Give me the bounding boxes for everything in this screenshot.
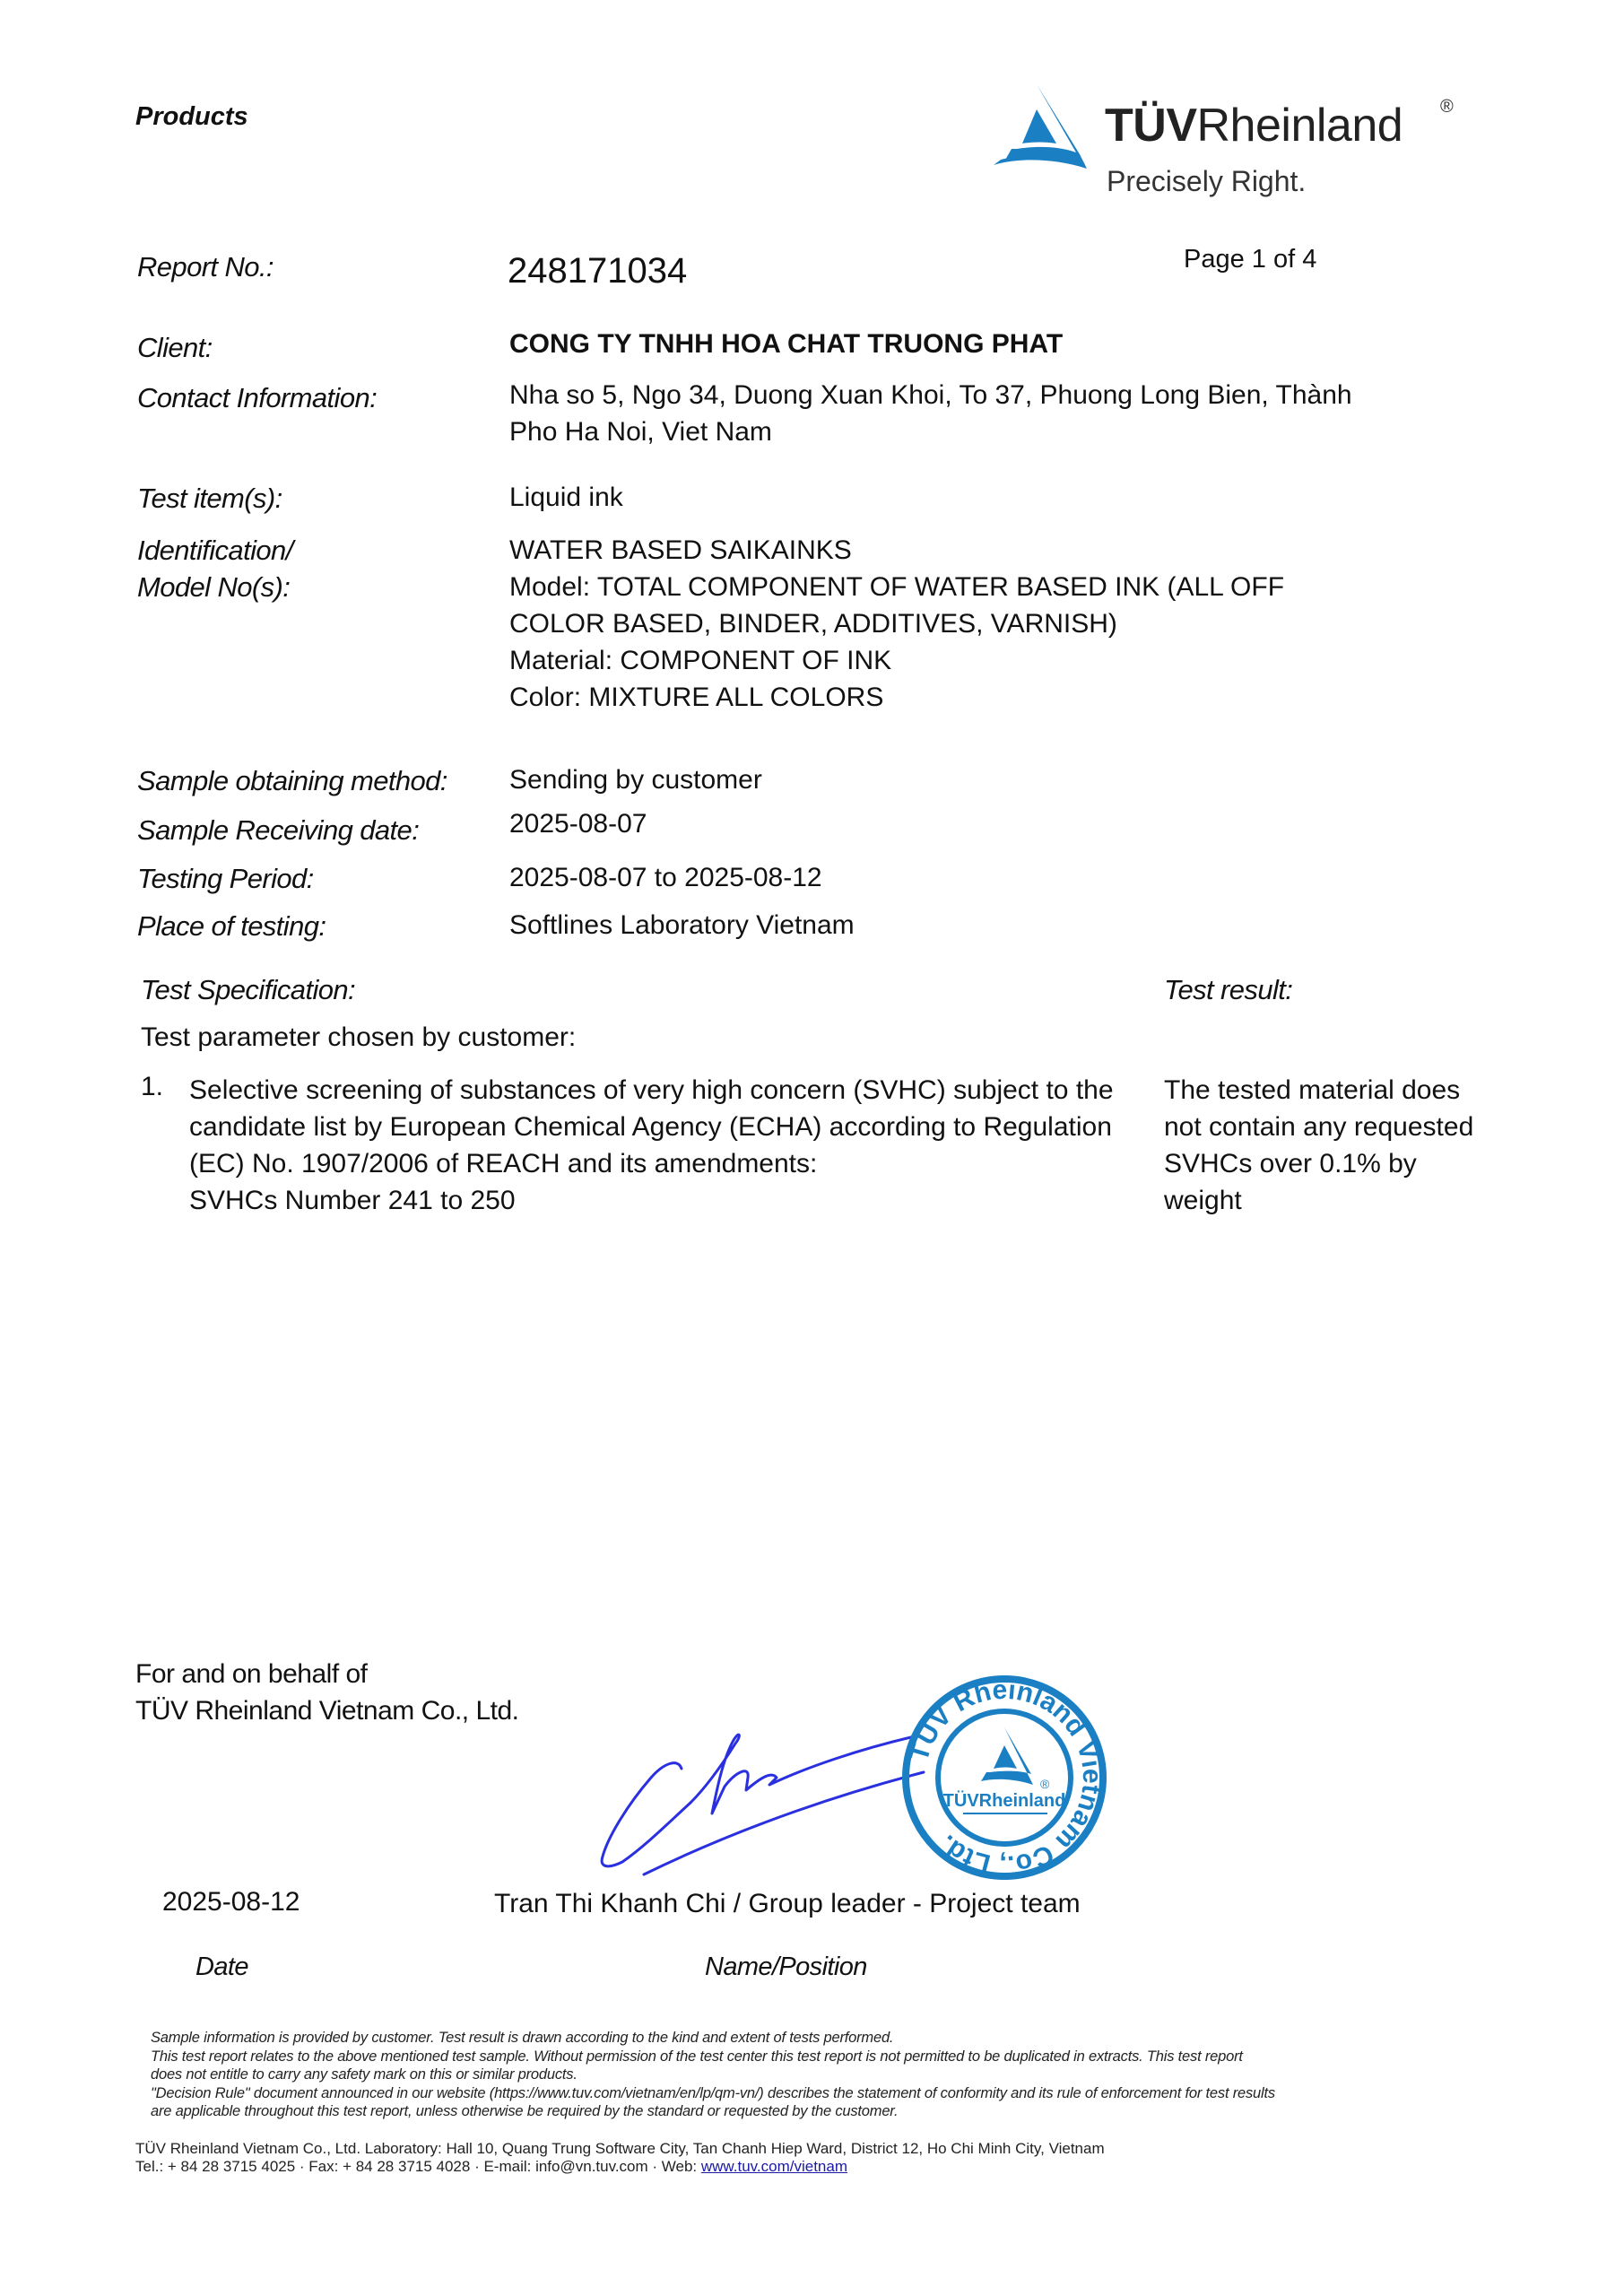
website-link[interactable]: www.tuv.com/vietnam	[701, 2158, 847, 2175]
place-value: Softlines Laboratory Vietnam	[509, 910, 855, 941]
test-result-label: Test result:	[1164, 974, 1292, 1006]
signer-name-position: Tran Thi Khanh Chi / Group leader - Proj…	[494, 1889, 1081, 1919]
contact-label: Contact Information:	[137, 382, 377, 414]
section-title: Products	[135, 102, 248, 132]
logo-wordmark: TÜVRheinland	[1105, 99, 1403, 152]
test-item-number: 1.	[141, 1072, 163, 1102]
svg-text:TÜVRheinland: TÜVRheinland	[943, 1790, 1066, 1811]
testing-period-label: Testing Period:	[137, 863, 314, 895]
test-item-result: The tested material does not contain any…	[1164, 1072, 1473, 1219]
signature-image	[592, 1731, 933, 1906]
identification-values: WATER BASED SAIKAINKS Model: TOTAL COMPO…	[509, 532, 1284, 716]
svg-text:®: ®	[1040, 1777, 1050, 1791]
tuv-rheinland-logo: TÜVRheinland ® Precisely Right.	[986, 77, 1471, 203]
sample-method-label: Sample obtaining method:	[137, 765, 447, 797]
contact-address: Nha so 5, Ngo 34, Duong Xuan Khoi, To 37…	[509, 377, 1352, 450]
test-specification-label: Test Specification:	[141, 974, 355, 1006]
contact-line: Tel.: + 84 28 3715 4025 · Fax: + 84 28 3…	[135, 2158, 1105, 2176]
logo-tagline: Precisely Right.	[1107, 165, 1306, 198]
tuv-triangle-icon	[990, 83, 1090, 172]
client-name: CONG TY TNHH HOA CHAT TRUONG PHAT	[509, 329, 1063, 360]
report-number: 248171034	[508, 251, 687, 291]
receiving-date-label: Sample Receiving date:	[137, 814, 419, 847]
test-item-specification: Selective screening of substances of ver…	[189, 1072, 1114, 1219]
place-label: Place of testing:	[137, 910, 326, 943]
test-parameter-intro: Test parameter chosen by customer:	[141, 1022, 576, 1053]
on-behalf-of: For and on behalf of TÜV Rheinland Vietn…	[135, 1656, 519, 1729]
testing-period-value: 2025-08-07 to 2025-08-12	[509, 863, 822, 893]
test-items-label: Test item(s):	[137, 483, 282, 515]
date-caption: Date	[195, 1952, 248, 1982]
footer-contact: TÜV Rheinland Vietnam Co., Ltd. Laborato…	[135, 2140, 1105, 2176]
test-items-value: Liquid ink	[509, 483, 623, 513]
registered-mark: ®	[1440, 97, 1454, 117]
company-stamp: TÜV Rheinland Vietnam Co., Ltd. ® TÜVRhe…	[897, 1670, 1112, 1890]
identification-label: Identification/ Model No(s):	[137, 532, 293, 605]
client-label: Client:	[137, 332, 213, 364]
name-position-caption: Name/Position	[705, 1952, 867, 1982]
signing-date: 2025-08-12	[162, 1887, 300, 1918]
report-number-label: Report No.:	[137, 251, 274, 283]
receiving-date-value: 2025-08-07	[509, 809, 647, 839]
disclaimer: Sample information is provided by custom…	[151, 2029, 1275, 2121]
sample-method-value: Sending by customer	[509, 765, 762, 796]
page-indicator: Page 1 of 4	[1184, 245, 1316, 274]
lab-address: TÜV Rheinland Vietnam Co., Ltd. Laborato…	[135, 2140, 1105, 2158]
